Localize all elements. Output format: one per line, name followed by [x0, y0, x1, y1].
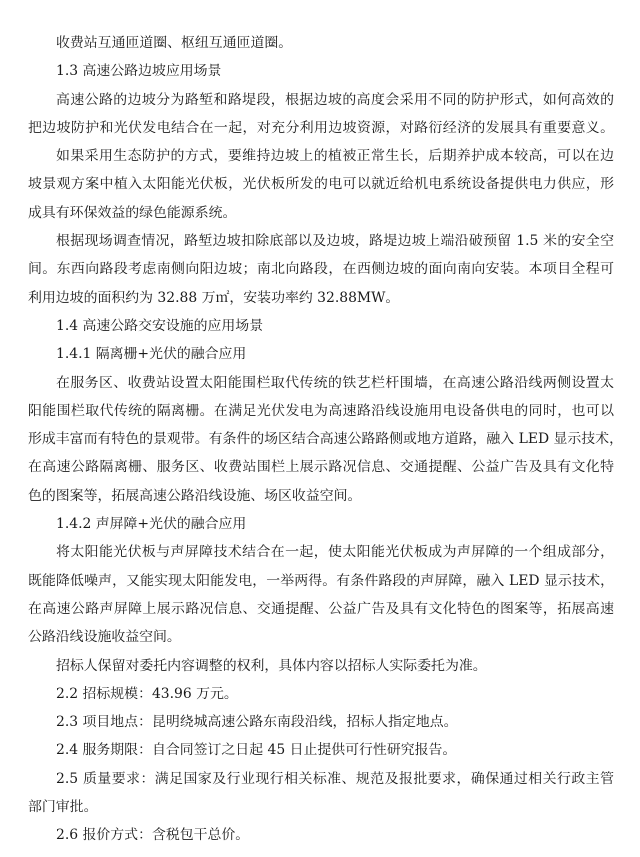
heading-1-4: 1.4 高速公路交安设施的应用场景 [28, 312, 614, 340]
text-line: 在服务区、收费站设置太阳能围栏取代传统的铁艺栏杆围墙，在高速公路沿线两侧设置太 [28, 369, 614, 397]
text-line: 坡景观方案中植入太阳能光伏板，光伏板所发的电可以就近给机电系统设备提供电力供应，… [28, 170, 614, 198]
text-line: 间。东西向路段考虑南侧向阳边坡；南北向路段，在西侧边坡的面向南向安装。本项目全程… [28, 255, 614, 283]
item-2-5-quality: 2.5 质量要求：满足国家及行业现行相关标准、规范及报批要求，确保通过相关行政主… [28, 765, 614, 822]
text-line: 高速公路的边坡分为路堑和路堤段，根据边坡的高度会采用不同的防护形式，如何高效的 [28, 86, 614, 114]
text-line: 根据现场调查情况，路堑边坡扣除底部以及边坡，路堤边坡上端沿破预留 1.5 米的安… [28, 227, 614, 255]
text-line: 利用边坡的面积约为 32.88 万㎡，安装功率约 32.88MW。 [28, 284, 614, 312]
text-line: 将太阳能光伏板与声屏障技术结合在一起，使太阳能光伏板成为声屏障的一个组成部分， [28, 538, 614, 566]
paragraph-reserved-rights: 招标人保留对委托内容调整的权利，具体内容以招标人实际委托为准。 [28, 652, 614, 680]
heading-1-4-2: 1.4.2 声屏障+光伏的融合应用 [28, 510, 614, 538]
text-line: 部门审批。 [28, 793, 614, 821]
heading-1-3: 1.3 高速公路边坡应用场景 [28, 57, 614, 85]
text-line: 把边坡防护和光伏发电结合在一起，对充分利用边坡资源，对路衍经济的发展具有重要意义… [28, 114, 614, 142]
text-line: 如果采用生态防护的方式，要维持边坡上的植被正常生长，后期养护成本较高，可以在边 [28, 142, 614, 170]
text-line: 在高速公路隔离栅、服务区、收费站围栏上展示路况信息、交通提醒、公益广告及具有文化… [28, 453, 614, 481]
text-line: 收费站互通匝道圈、枢纽互通匝道圈。 [28, 29, 614, 57]
text-line: 在高速公路声屏障上展示路况信息、交通提醒、公益广告及具有文化特色的图案等，拓展高… [28, 595, 614, 623]
item-2-6-pricing: 2.6 报价方式：含税包干总价。 [28, 821, 614, 849]
paragraph-ecological-protection: 如果采用生态防护的方式，要维持边坡上的植被正常生长，后期养护成本较高，可以在边 … [28, 142, 614, 227]
heading-1-4-1: 1.4.1 隔离栅+光伏的融合应用 [28, 340, 614, 368]
text-line: 阳能围栏取代传统的隔离栅。在满足光伏发电为高速路沿线设施用电设备供电的同时，也可… [28, 397, 614, 425]
text-line: 色的图案等，拓展高速公路沿线设施、场区收益空间。 [28, 482, 614, 510]
paragraph-site-survey: 根据现场调查情况，路堑边坡扣除底部以及边坡，路堤边坡上端沿破预留 1.5 米的安… [28, 227, 614, 312]
text-line: 成具有环保效益的绿色能源系统。 [28, 199, 614, 227]
paragraph-interchange-continuation: 收费站互通匝道圈、枢纽互通匝道圈。 [28, 29, 614, 57]
item-2-2-bid-scale: 2.2 招标规模：43.96 万元。 [28, 680, 614, 708]
text-line: 既能降低噪声，又能实现太阳能发电，一举两得。有条件路段的声屏障，融入 LED 显… [28, 567, 614, 595]
paragraph-fence-pv: 在服务区、收费站设置太阳能围栏取代传统的铁艺栏杆围墙，在高速公路沿线两侧设置太 … [28, 369, 614, 510]
paragraph-noise-barrier-pv: 将太阳能光伏板与声屏障技术结合在一起，使太阳能光伏板成为声屏障的一个组成部分， … [28, 538, 614, 651]
paragraph-slope-intro: 高速公路的边坡分为路堑和路堤段，根据边坡的高度会采用不同的防护形式，如何高效的 … [28, 86, 614, 143]
text-line: 2.5 质量要求：满足国家及行业现行相关标准、规范及报批要求，确保通过相关行政主… [28, 765, 614, 793]
document-page: 收费站互通匝道圈、枢纽互通匝道圈。 1.3 高速公路边坡应用场景 高速公路的边坡… [28, 29, 614, 850]
text-line: 公路沿线设施收益空间。 [28, 623, 614, 651]
text-line: 形成丰富而有特色的景观带。有条件的场区结合高速公路路侧或地方道路，融入 LED … [28, 425, 614, 453]
item-2-4-service-period: 2.4 服务期限：自合同签订之日起 45 日止提供可行性研究报告。 [28, 736, 614, 764]
item-2-3-location: 2.3 项目地点：昆明绕城高速公路东南段沿线，招标人指定地点。 [28, 708, 614, 736]
